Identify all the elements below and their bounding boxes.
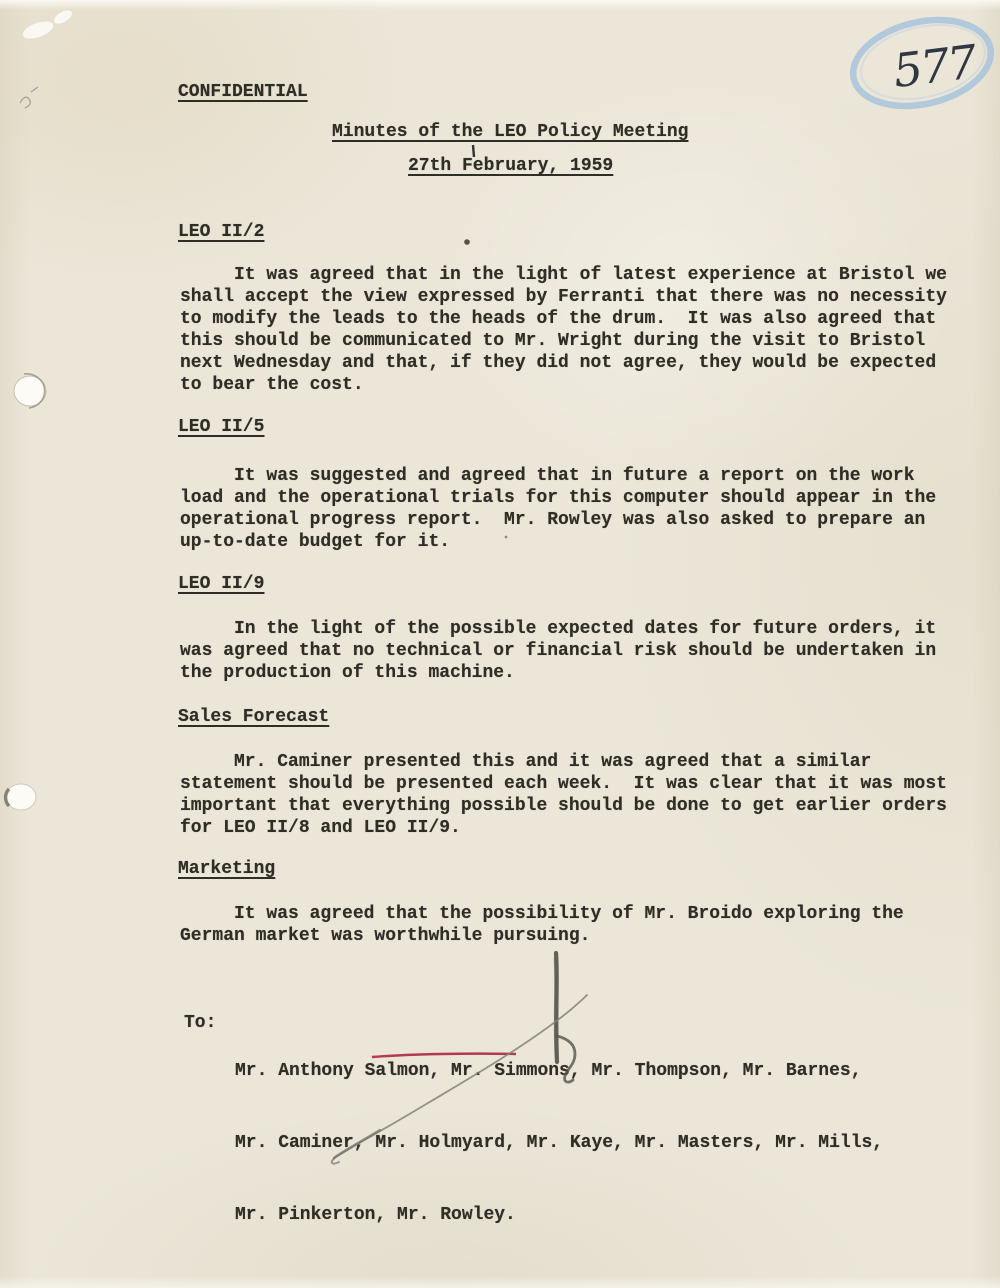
ink-dot <box>464 239 470 245</box>
section-paragraph-leo-ii-9: In the light of the possible expected da… <box>180 618 936 684</box>
page-number-text: 577 <box>890 34 980 98</box>
doc-title: Minutes of the LEO Policy Meeting <box>332 121 688 143</box>
section-heading-marketing: Marketing <box>178 858 275 880</box>
section-paragraph-leo-ii-2: It was agreed that in the light of lates… <box>180 264 947 396</box>
distribution-label: To: <box>184 1011 216 1035</box>
classification-stamp: CONFIDENTIAL <box>178 81 308 103</box>
paper-tear-specks <box>21 8 75 42</box>
punch-hole-top <box>14 374 46 408</box>
section-heading-sales-forecast: Sales Forecast <box>178 706 329 728</box>
section-paragraph-marketing: It was agreed that the possibility of Mr… <box>180 903 904 947</box>
distribution-line: Mr. Pinkerton, Mr. Rowley. <box>235 1203 883 1227</box>
circled-page-number: 577 <box>845 7 1000 118</box>
section-paragraph-leo-ii-5: It was suggested and agreed that in futu… <box>180 465 936 553</box>
blue-circle-annotation <box>845 7 1000 118</box>
document-page: CONFIDENTIAL Minutes of the LEO Policy M… <box>0 0 1000 1288</box>
doc-date: 27th February, 1959 <box>408 155 613 177</box>
section-heading-leo-ii-2: LEO II/2 <box>178 221 264 243</box>
section-heading-leo-ii-5: LEO II/5 <box>178 416 264 438</box>
distribution-line: Mr. Anthony Salmon, Mr. Simmons, Mr. Tho… <box>235 1059 883 1083</box>
section-paragraph-sales-forecast: Mr. Caminer presented this and it was ag… <box>180 751 947 839</box>
distribution-list: Mr. Anthony Salmon, Mr. Simmons, Mr. Tho… <box>235 1011 883 1275</box>
pencil-squiggle-left-edge <box>20 87 38 108</box>
punch-hole-bottom <box>6 784 36 810</box>
distribution-line: Mr. Caminer, Mr. Holmyard, Mr. Kaye, Mr.… <box>235 1131 883 1155</box>
section-heading-leo-ii-9: LEO II/9 <box>178 573 264 595</box>
